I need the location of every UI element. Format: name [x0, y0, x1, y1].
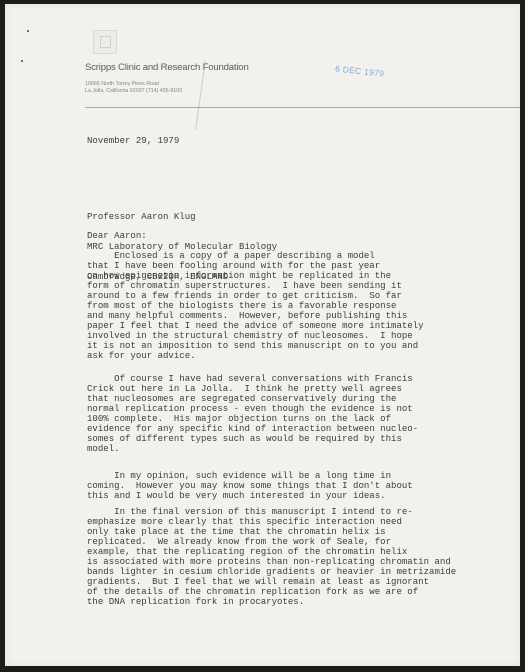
- foundation-logo-icon: [93, 30, 117, 54]
- body-paragraph: Of course I have had several conversatio…: [87, 374, 418, 454]
- paper-speck: [27, 30, 29, 32]
- body-paragraph: In my opinion, such evidence will be a l…: [87, 471, 413, 501]
- letterhead-address-line2: La Jolla, California 92037 (714) 455-910…: [85, 88, 182, 94]
- body-paragraph: Enclosed is a copy of a paper describing…: [87, 251, 424, 361]
- letterhead-divider: [85, 107, 520, 108]
- paragraph-line: the DNA replication fork in procaryotes.: [87, 597, 456, 607]
- letter-page: Scripps Clinic and Research Foundation 1…: [5, 4, 520, 666]
- paragraph-line: this and I would be very much interested…: [87, 491, 413, 501]
- received-date-stamp: 6 DEC 1979: [335, 63, 385, 78]
- paragraph-line: ask for your advice.: [87, 351, 424, 361]
- paper-speck: [21, 60, 23, 62]
- paragraph-line: somes of different types such as would b…: [87, 434, 418, 444]
- paragraph-line: model.: [87, 444, 418, 454]
- letterhead-address-line1: 10666 North Torrey Pines Road: [85, 81, 159, 87]
- recipient-line: Professor Aaron Klug: [87, 212, 277, 222]
- salutation: Dear Aaron:: [87, 231, 147, 241]
- body-paragraph: In the final version of this manuscript …: [87, 507, 456, 607]
- letter-date: November 29, 1979: [87, 136, 179, 146]
- letterhead-organization: Scripps Clinic and Research Foundation: [85, 62, 249, 73]
